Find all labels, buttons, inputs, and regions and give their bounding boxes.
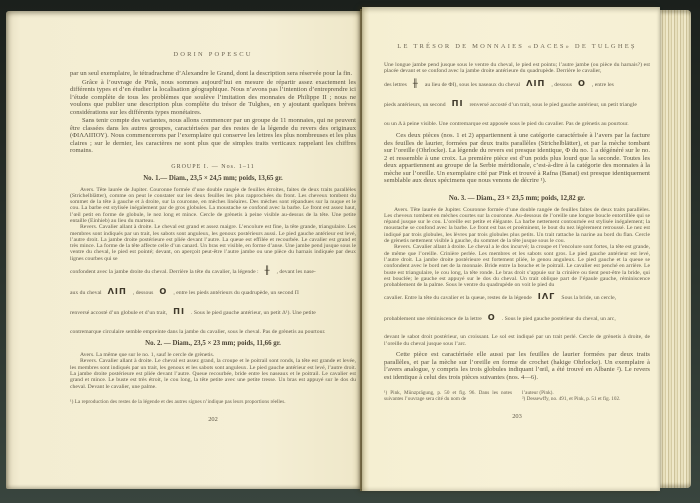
right-running-header: LE TRÉSOR DE MONNAIES «DACES» DE TULGHEȘ — [384, 43, 650, 50]
legend-line: renversé accosté d’un globule et d’un tr… — [70, 308, 356, 317]
right-page-text-block: LE TRÉSOR DE MONNAIES «DACES» DE TULGHEȘ… — [384, 43, 650, 420]
right-page-number: 203 — [384, 413, 650, 420]
coin-3-heading: No. 3. — Diam., 23 × 23,5 mm; poids, 12,… — [384, 195, 650, 202]
legend-text: renversé accosté d’un trait, sous le pie… — [470, 102, 637, 108]
legend-text: aux du cheval — [70, 290, 102, 296]
legend-text: . Sous le pied gauche postérieur du chev… — [502, 316, 616, 322]
left-footnote: ¹) La reproduction des restes de la lége… — [70, 399, 356, 405]
coin-1-reverse-description: Revers. Cavalier allant à droite. Le che… — [70, 224, 356, 262]
continuation-paragraph: Une longue jambe pend jusque sous le ven… — [384, 62, 650, 75]
coin-2-heading: No. 2. — Diam., 23,5 × 23 mm; poids, 11,… — [70, 340, 356, 347]
coin-legend-glyph-phi: ╫ — [407, 78, 425, 88]
legend-text: confondent avec la jambe droite du cheva… — [70, 269, 259, 275]
coin-legend-glyph-omicron: O — [153, 286, 173, 296]
page-stack-edge — [660, 10, 691, 488]
coin-3-obverse-description: Avers. Tête laurée de Jupiter. Couronne … — [384, 207, 650, 245]
legend-text: Sous la bride, un cercle, — [561, 295, 616, 301]
paragraph: Cette pièce est caractérisée elle aussi … — [384, 351, 650, 381]
legend-line: confondent avec la jambe droite du cheva… — [70, 267, 356, 276]
legend-line: ou un Δ à peine visible. Une contremarqu… — [384, 121, 650, 128]
footnote-column-2: l’auteur (Pink). ²) Dessewffy, no. 491, … — [522, 390, 650, 402]
coin-legend-glyph-phi: ╫ — [259, 265, 277, 275]
legend-text: pieds antérieurs, un second — [384, 102, 446, 108]
legend-text: au lieu de ΦΙ), sous les naseaux du chev… — [425, 82, 520, 88]
left-page-text-block: DORIN POPESCU par un seul exemplaire, le… — [70, 51, 356, 423]
legend-text: des lettres — [384, 82, 407, 88]
coin-legend-glyph-omicron: O — [572, 78, 592, 88]
legend-text: cavalier. Entre la tête du cavalier et l… — [384, 295, 532, 301]
left-page-number: 202 — [70, 416, 356, 423]
right-page: LE TRÉSOR DE MONNAIES «DACES» DE TULGHEȘ… — [362, 7, 660, 491]
coin-legend-glyph-lip: ΛΙΠ — [102, 286, 133, 296]
right-footnotes: ¹) Pink, Münzprägung, p. 50 et fig. 96. … — [384, 390, 650, 402]
legend-line: contremarque circulaire semble empreinte… — [70, 329, 356, 336]
coin-legend-glyph-lip: ΛΙΠ — [520, 78, 551, 88]
legend-line: pieds antérieurs, un secondΠΙrenversé ac… — [384, 100, 650, 109]
paragraph: Sans tenir compte des variantes, nous al… — [70, 117, 356, 155]
scanned-book-spread: DORIN POPESCU par un seul exemplaire, le… — [0, 0, 700, 503]
paragraph: par un seul exemplaire, le tétradrachme … — [70, 70, 356, 78]
paragraph: Grâce à l’ouvrage de Pink, nous sommes a… — [70, 79, 356, 117]
legend-line: devant le sabot droit postérieur, un cro… — [384, 334, 650, 347]
legend-line: cavalier. Entre la tête du cavalier et l… — [384, 293, 650, 302]
coin-1-obverse-description: Avers. Tête laurée de Jupiter. Couronne … — [70, 187, 356, 225]
legend-text: , dessous — [133, 290, 154, 296]
group-heading: GROUPE I. — Nos. 1–11 — [70, 164, 356, 170]
legend-line: des lettres╫au lieu de ΦΙ), sous les nas… — [384, 80, 650, 89]
coin-legend-glyph-pi: ΠΙ — [167, 306, 191, 316]
legend-line: probablement une réminiscence de la lett… — [384, 314, 650, 323]
legend-text: , entre les pieds antérieurs du quadrupè… — [173, 290, 299, 296]
legend-text: , devant les nase- — [277, 269, 316, 275]
legend-text: , entre les — [592, 82, 614, 88]
legend-text: . Sous le pied gauche antérieur, un peti… — [191, 310, 316, 316]
coin-legend-glyph-omicron: O — [482, 312, 502, 322]
legend-text: probablement une réminiscence de la lett… — [384, 316, 482, 322]
footnote-column-1: ¹) Pink, Münzprägung, p. 50 et fig. 96. … — [384, 390, 512, 402]
left-running-header: DORIN POPESCU — [70, 51, 356, 58]
legend-text: renversé accosté d’un globule et d’un tr… — [70, 310, 167, 316]
coin-1-heading: No. 1.— Diam., 23,5 × 24,5 mm; poids, 13… — [70, 175, 356, 182]
footnote-line: ²) Dessewffy, no. 491, et Pink, p. 51 et… — [522, 396, 650, 402]
legend-text: , dessous — [551, 82, 572, 88]
coin-3-reverse-description: Revers. Cavalier allant à droite. Le che… — [384, 244, 650, 288]
coin-2-reverse-description: Revers. Cavalier allant à droite. Le che… — [70, 358, 356, 389]
coin-legend-glyph-pi: ΠΙ — [446, 98, 470, 108]
coin-legend-glyph-restes: ΙΛΓ — [532, 291, 562, 301]
legend-line: aux du chevalΛΙΠ, dessousO, entre les pi… — [70, 288, 356, 297]
left-page: DORIN POPESCU par un seul exemplaire, le… — [6, 11, 362, 489]
paragraph: Ces deux pièces (nos. 1 et 2) appartienn… — [384, 132, 650, 185]
